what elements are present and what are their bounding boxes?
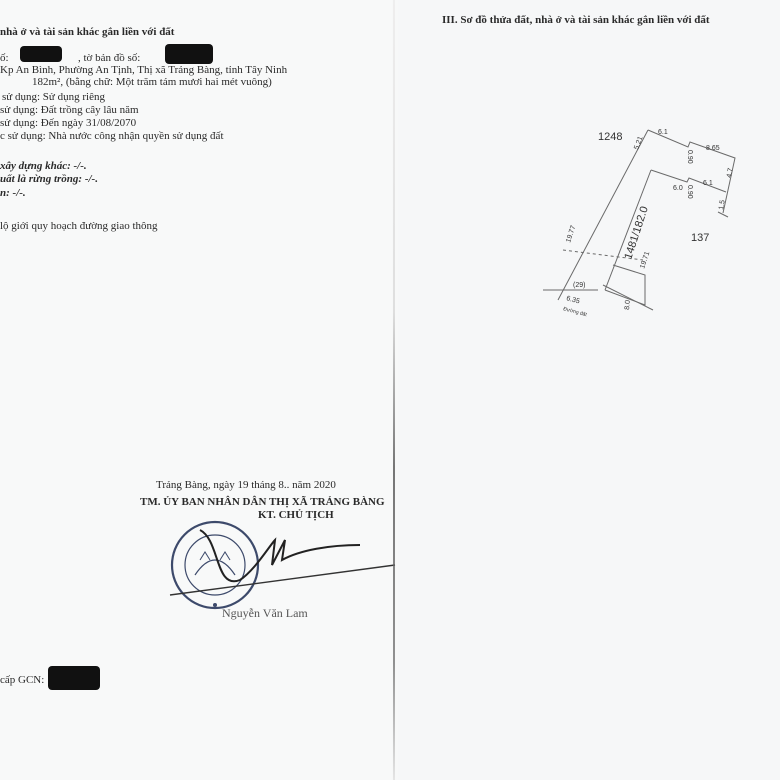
section-heading: nhà ở và tài sản khác gắn liền với đất xyxy=(0,26,174,38)
svg-text:8.0: 8.0 xyxy=(624,300,632,310)
section-iii-title: III. Sơ đồ thửa đất, nhà ở và tài sản kh… xyxy=(442,14,710,26)
svg-text:0.90: 0.90 xyxy=(686,185,693,199)
gcn-label: cấp GCN: xyxy=(0,674,44,687)
svg-text:0.90: 0.90 xyxy=(686,150,693,164)
svg-text:6.1: 6.1 xyxy=(703,180,713,187)
usage-origin: c sử dụng: Nhà nước công nhận quyền sử d… xyxy=(0,130,224,143)
signature-organization: TM. ỦY BAN NHÂN DÂN THỊ XÃ TRẢNG BÀNG xyxy=(140,496,385,508)
neighbor-east-label: 137 xyxy=(691,232,709,244)
redacted-gcn-number xyxy=(48,666,100,690)
usage-form: sử dụng: Sử dụng riêng xyxy=(2,91,105,104)
svg-text:6.0: 6.0 xyxy=(673,185,683,192)
perennial-trees: n: -/-. xyxy=(0,187,26,200)
page-fold xyxy=(393,0,395,780)
planted-forest: uất là rừng trồng: -/-. xyxy=(0,173,98,186)
svg-text:19.77: 19.77 xyxy=(565,225,577,244)
signer-name: Nguyễn Văn Lam xyxy=(222,606,308,621)
red-seal-and-signature-icon xyxy=(160,515,400,615)
planning-note: lộ giới quy hoạch đường giao thông xyxy=(0,220,158,233)
adjacent-parcel-label: (29) xyxy=(573,282,585,289)
road-label: Đường đất xyxy=(562,306,587,318)
usage-term: sử dụng: Đến ngày 31/08/2070 xyxy=(0,117,136,130)
svg-text:6.1: 6.1 xyxy=(658,129,668,136)
redacted-map-sheet xyxy=(165,44,213,64)
svg-text:4.7: 4.7 xyxy=(726,167,735,178)
svg-text:5.21: 5.21 xyxy=(633,135,644,150)
land-purpose: sử dụng: Đất trồng cây lâu năm xyxy=(0,104,139,117)
plot-diagram: 1248 6.1 8.65 0.90 5.21 4.7 1.5 6.0 0.90… xyxy=(543,110,773,320)
certificate-left-page: nhà ở và tài sản khác gắn liền với đất ố… xyxy=(0,0,392,780)
other-construction: xây dựng khác: -/-. xyxy=(0,160,87,173)
redacted-parcel-number xyxy=(20,46,62,62)
certificate-right-page: III. Sơ đồ thửa đất, nhà ở và tài sản kh… xyxy=(398,0,780,780)
svg-text:8.65: 8.65 xyxy=(706,145,720,152)
svg-text:1.5: 1.5 xyxy=(718,199,727,210)
signature-date: Trảng Bàng, ngày 19 tháng 8.. năm 2020 xyxy=(156,479,336,491)
svg-text:6.35: 6.35 xyxy=(565,295,580,305)
area: 182m², (bằng chữ: Một trăm tám mươi hai … xyxy=(32,76,272,89)
svg-text:19.71: 19.71 xyxy=(639,251,651,270)
neighbor-north-label: 1248 xyxy=(598,131,622,143)
